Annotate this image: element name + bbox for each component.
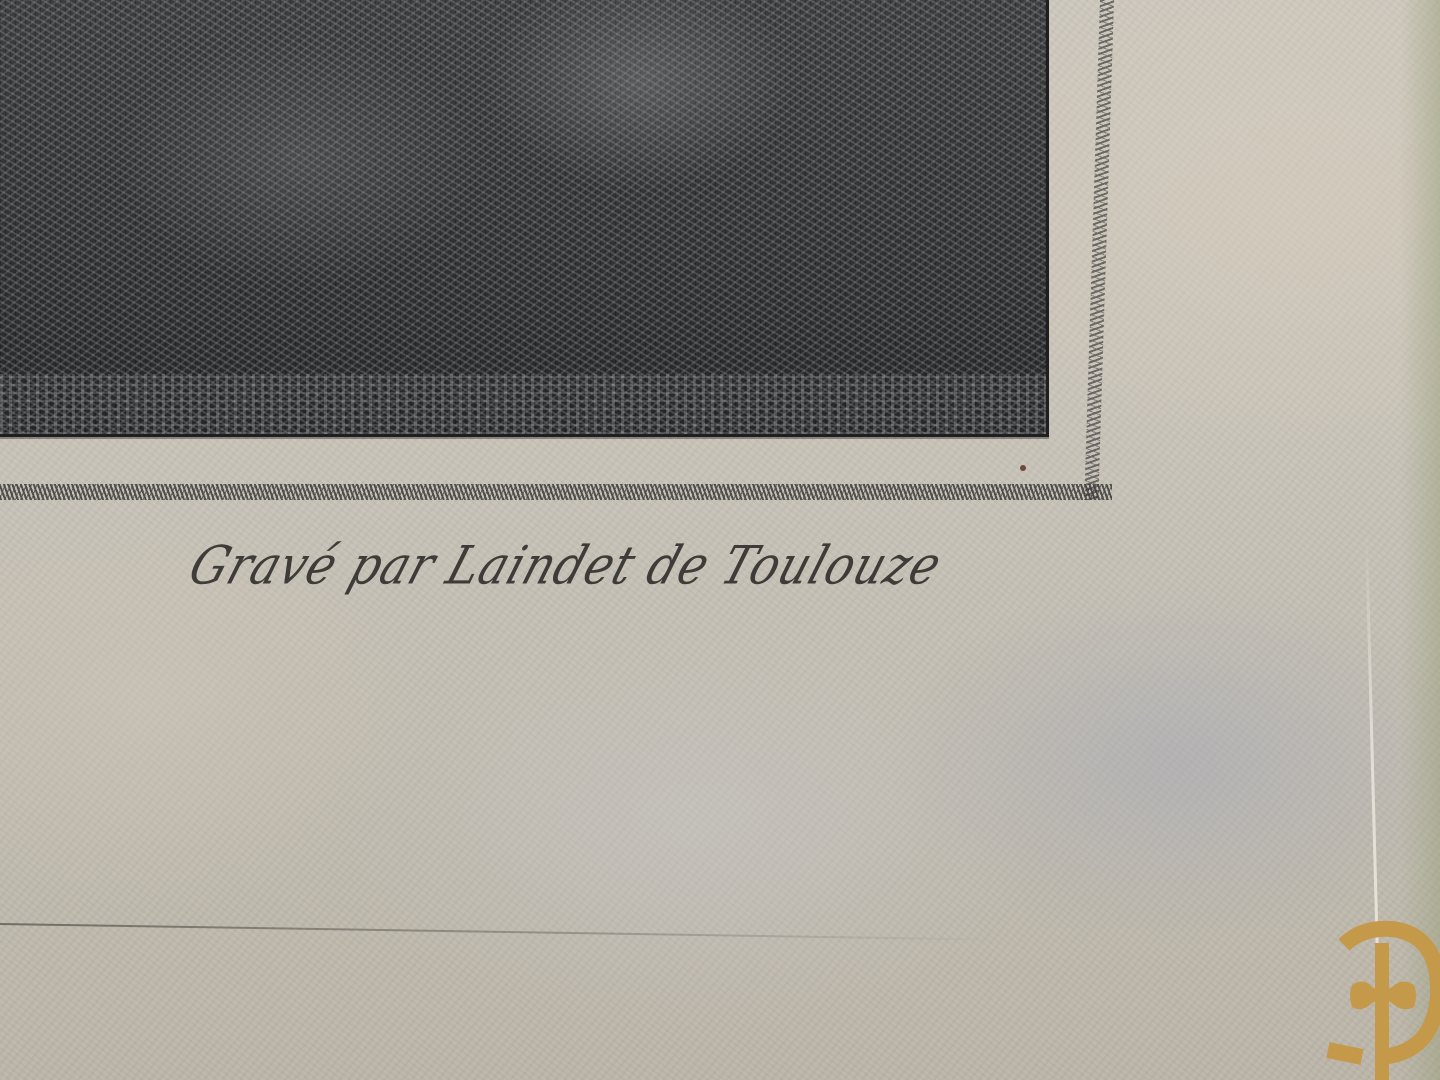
engraver-inscription: Gravé par Laindet de Toulouze: [182, 534, 950, 596]
foxing-spot: [1020, 465, 1026, 471]
engraved-image-area: [0, 0, 1049, 437]
engraved-border-bottom: [0, 484, 1112, 500]
dp-monogram-logo-icon: [1322, 915, 1440, 1080]
